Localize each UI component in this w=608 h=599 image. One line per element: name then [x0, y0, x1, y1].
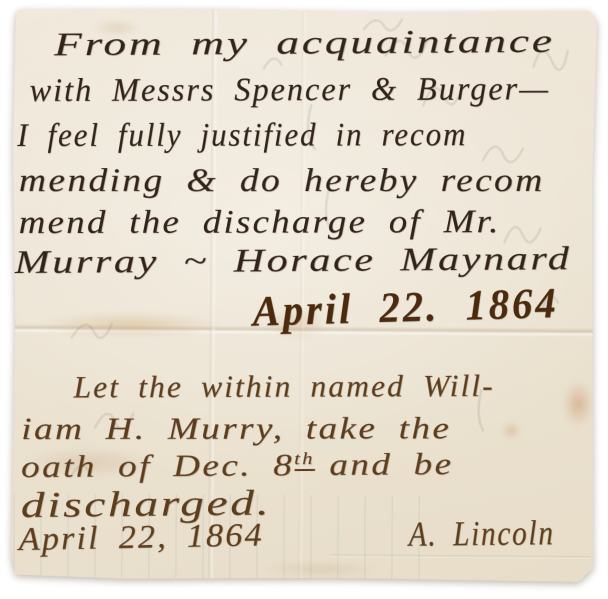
maynard-date: April 22. 1864 [252, 282, 559, 334]
handwriting-line: oath of Dec. 8thand be [21, 448, 454, 482]
lincoln-endorsement: Let the within named Will- iam H. Murry,… [14, 7, 597, 11]
handwriting-line: mend the discharge of Mr. [19, 206, 501, 240]
handwriting-line: From my acquaintance [54, 26, 555, 62]
stain [563, 381, 593, 427]
lincoln-signature: A. Lincoln [408, 515, 554, 552]
oath-date-text: oath of Dec. 8 [21, 447, 294, 484]
handwriting-line: Let the within named Will- [73, 370, 494, 402]
handwriting-line: iam H. Murry, take the [21, 412, 451, 444]
handwriting-line: I feel fully justified in recom [17, 119, 467, 153]
handwriting-line: mending & do hereby recom [19, 165, 545, 198]
paper-surface: From my acquaintance with Messrs Spencer… [10, 7, 597, 582]
stain [503, 422, 519, 438]
lincoln-date: April 22, 1864 [18, 519, 264, 557]
handwriting-line: with Messrs Spencer & Burger— [30, 73, 550, 108]
ordinal-superscript: th [294, 449, 315, 471]
maynard-signature-line: Murray ~ Horace Maynard [14, 243, 571, 280]
paper-sheet: From my acquaintance with Messrs Spencer… [10, 7, 597, 582]
manuscript-photo: From my acquaintance with Messrs Spencer… [0, 0, 608, 599]
maynard-endorsement: From my acquaintance with Messrs Spencer… [14, 7, 597, 11]
oath-date-text-cont: and be [329, 446, 453, 482]
stain [40, 312, 225, 337]
